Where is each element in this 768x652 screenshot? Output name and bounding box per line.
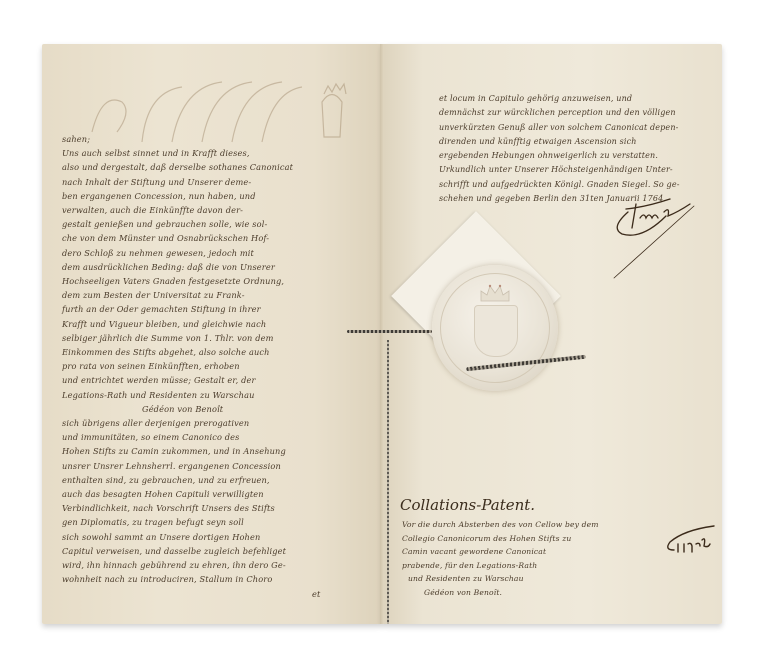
catchword: et: [62, 587, 320, 601]
left-page-text: sahen; Uns auch selbst sinnet und in Kra…: [62, 132, 320, 601]
royal-seal: [432, 265, 558, 391]
text-line: gestalt genießen und gebrauchen solle, w…: [62, 217, 320, 231]
text-line: Capitul verweisen, und dasselbe zugleich…: [62, 544, 320, 558]
manuscript: sahen; Uns auch selbst sinnet und in Kra…: [42, 44, 722, 624]
text-line: dero Schloß zu nehmen gewesen, jedoch mi…: [62, 246, 320, 260]
text-line: Collegio Canonicorum des Hohen Stifts zu: [402, 532, 599, 546]
text-line: prabende, für den Legations-Rath: [402, 559, 599, 573]
text-line: Krafft und Vigueur bleiben, und gleichwi…: [62, 317, 320, 331]
text-line: unsrer Unsrer Lehnsherrl. ergangenen Con…: [62, 459, 320, 473]
text-line: also und dergestalt, daß derselbe sothan…: [62, 160, 320, 174]
text-line: che von dem Münster und Osnabrückschen H…: [62, 231, 320, 245]
text-line: enthalten sind, zu gebrauchen, und zu er…: [62, 473, 320, 487]
coat-of-arms-icon: [474, 305, 518, 357]
document-title: Collations-Patent.: [400, 496, 535, 514]
text-line: und immunitäten, so einem Canonico des: [62, 430, 320, 444]
right-page-bottom-text: Vor die durch Absterben des von Cellow b…: [402, 518, 599, 599]
text-line: Vor die durch Absterben des von Cellow b…: [402, 518, 599, 532]
text-line: Verbindlichkeit, nach Vorschrift Unsers …: [62, 501, 320, 515]
text-line: ergebenden Hebungen ohnweigerlich zu ver…: [439, 149, 680, 163]
text-line: nach Inhalt der Stiftung und Unserer dem…: [62, 175, 320, 189]
text-line: sich übrigens aller derjenigen prerogati…: [62, 416, 320, 430]
text-line: unverkürzten Genuß aller von solchem Can…: [439, 121, 680, 135]
text-line: Hohen Stifts zu Camin zukommen, und in A…: [62, 444, 320, 458]
text-line: schrifft und aufgedrückten Königl. Gnade…: [439, 178, 680, 192]
text-line: auch das besagten Hohen Capituli verwill…: [62, 487, 320, 501]
seal-cord-binding: [387, 340, 389, 624]
text-line: direnden und künfftig etwaigen Ascension…: [439, 135, 680, 149]
text-line: Hochseeligen Vaters Gnaden festgesetzte …: [62, 274, 320, 288]
text-line: Urkundlich unter Unserer Höchsteigenhänd…: [439, 163, 680, 177]
text-line: Camin vacant gewordene Canonicat: [402, 545, 599, 559]
text-line: wird, ihn hinnach gebührend zu ehren, ih…: [62, 558, 320, 572]
text-line: et locum in Capitulo gehörig anzuweisen,…: [439, 92, 680, 106]
text-line: Einkommen des Stifts abgehet, also solch…: [62, 345, 320, 359]
right-page-top-text: et locum in Capitulo gehörig anzuweisen,…: [439, 92, 680, 206]
text-line: verwalten, auch die Einkünffte davon der…: [62, 203, 320, 217]
text-line: ben ergangenen Concession, nun haben, un…: [62, 189, 320, 203]
left-page: sahen; Uns auch selbst sinnet und in Kra…: [42, 44, 382, 624]
text-line: furth an der Oder gemachten Stiftung in …: [62, 302, 320, 316]
text-line: selbiger jährlich die Summe von 1. Thlr.…: [62, 331, 320, 345]
text-line: wohnheit nach zu introduciren, Stallum i…: [62, 572, 320, 586]
text-line: Legations-Rath und Residenten zu Warscha…: [62, 388, 320, 402]
countersignature-icon: [662, 522, 718, 558]
text-line: gen Diplomatis, zu tragen befugt seyn so…: [62, 515, 320, 529]
text-line-name: Gédéon von Benoît.: [402, 586, 599, 600]
text-line: und Residenten zu Warschau: [402, 572, 599, 586]
royal-signature-icon: [610, 194, 720, 280]
text-line-name: Gédéon von Benoît: [62, 402, 320, 416]
text-line: Uns auch selbst sinnet und in Krafft die…: [62, 146, 320, 160]
text-line: sich sowohl sammt an Unsere dortigen Hoh…: [62, 530, 320, 544]
text-line: und entrichtet werden müsse; Gestalt er,…: [62, 373, 320, 387]
page-spine: [380, 44, 384, 624]
crown-icon: [478, 283, 512, 303]
text-line: dem ausdrücklichen Beding: daß die von U…: [62, 260, 320, 274]
text-line: demnächst zur würcklichen perception und…: [439, 106, 680, 120]
text-line: pro rata von seinen Einkünfften, erhoben: [62, 359, 320, 373]
text-line: sahen;: [62, 132, 320, 146]
text-line: dem zum Besten der Universitat zu Frank-: [62, 288, 320, 302]
seal-cord: [347, 330, 432, 333]
